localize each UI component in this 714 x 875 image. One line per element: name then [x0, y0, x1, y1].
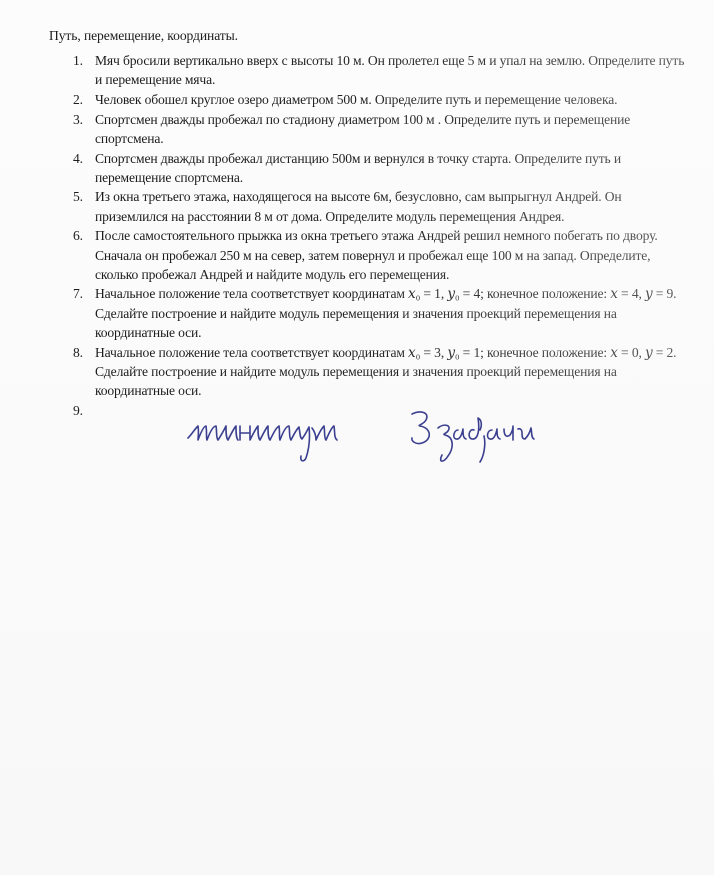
task-text: Из окна третьего этажа, находящегося на …	[95, 187, 685, 225]
task-number: 7.	[73, 284, 83, 303]
document-page: Путь, перемещение, координаты. 1. Мяч бр…	[0, 0, 714, 875]
task-item-1: 1. Мяч бросили вертикально вверх с высот…	[0, 51, 714, 89]
task-number: 8.	[73, 343, 83, 362]
task-number: 4.	[73, 149, 83, 168]
handwritten-note: минимум 3 задачи	[186, 408, 546, 468]
task-number: 2.	[73, 90, 83, 109]
task-number: 6.	[73, 226, 83, 245]
task-item-7: 7. Начальное положение тела соответствуе…	[0, 284, 714, 342]
task-item-4: 4. Спортсмен дважды пробежал дистанцию 5…	[0, 149, 714, 187]
task-text: Человек обошел круглое озеро диаметром 5…	[95, 90, 685, 109]
task-text: Спортсмен дважды пробежал дистанцию 500м…	[95, 149, 685, 187]
task-number: 3.	[73, 110, 83, 129]
task-number: 9.	[73, 401, 83, 420]
task-text: После самостоятельного прыжка из окна тр…	[95, 226, 685, 284]
task-item-5: 5. Из окна третьего этажа, находящегося …	[0, 187, 714, 225]
task-text: Мяч бросили вертикально вверх с высоты 1…	[95, 51, 685, 89]
task-item-6: 6. После самостоятельного прыжка из окна…	[0, 226, 714, 284]
task-number: 1.	[73, 51, 83, 70]
task-item-3: 3. Спортсмен дважды пробежал по стадиону…	[0, 110, 714, 148]
task-list: 1. Мяч бросили вертикально вверх с высот…	[0, 51, 714, 420]
task-item-2: 2. Человек обошел круглое озеро диаметро…	[0, 90, 714, 109]
handwriting-scribble-icon	[186, 408, 546, 468]
document-title: Путь, перемещение, координаты.	[49, 28, 238, 44]
task-item-8: 8. Начальное положение тела соответствуе…	[0, 343, 714, 401]
task-text: Начальное положение тела соответствует к…	[95, 284, 685, 342]
task-text: Спортсмен дважды пробежал по стадиону ди…	[95, 110, 685, 148]
task-number: 5.	[73, 187, 83, 206]
task-text: Начальное положение тела соответствует к…	[95, 343, 685, 401]
